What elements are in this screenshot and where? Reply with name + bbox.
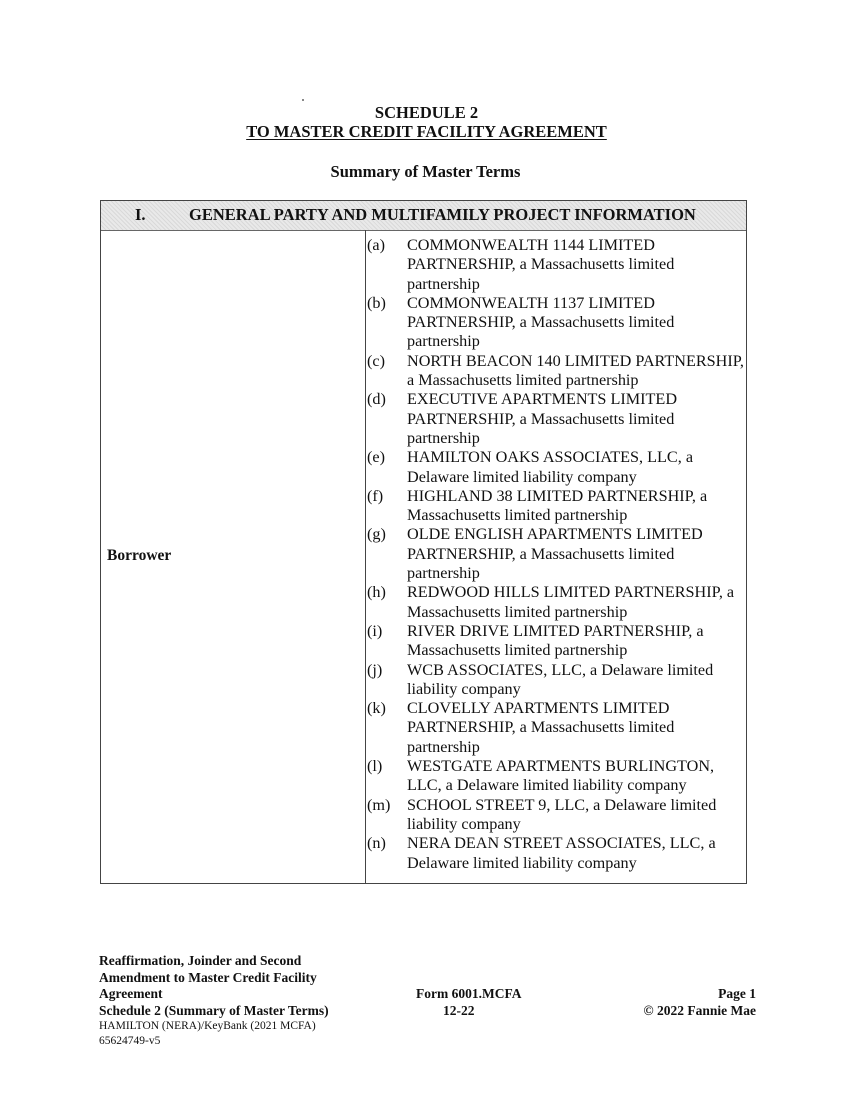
item-marker: (i)	[367, 622, 382, 641]
item-text: HIGHLAND 38 LIMITED PARTNERSHIP, a Massa…	[407, 487, 707, 524]
document-subtitle: Summary of Master Terms	[1, 162, 849, 182]
borrower-item: (f)HIGHLAND 38 LIMITED PARTNERSHIP, a Ma…	[367, 487, 747, 526]
item-text: WCB ASSOCIATES, LLC, a Delaware limited …	[407, 661, 713, 698]
item-marker: (g)	[367, 525, 386, 544]
schedule-title: SCHEDULE 2	[2, 103, 849, 123]
agreement-title-text: TO MASTER CREDIT FACILITY AGREEMENT	[246, 122, 607, 141]
footer-doc-id: 65624749-v5	[99, 1034, 329, 1049]
borrower-list: (a)COMMONWEALTH 1144 LIMITED PARTNERSHIP…	[367, 236, 747, 873]
item-text: COMMONWEALTH 1137 LIMITED PARTNERSHIP, a…	[407, 294, 674, 351]
borrower-item: (h)REDWOOD HILLS LIMITED PARTNERSHIP, a …	[367, 583, 747, 622]
item-marker: (e)	[367, 448, 385, 467]
scan-speck	[302, 99, 304, 101]
section-header: I. GENERAL PARTY AND MULTIFAMILY PROJECT…	[101, 201, 746, 231]
footer-form-date: 12-22	[416, 1003, 521, 1020]
item-marker: (l)	[367, 757, 382, 776]
item-text: CLOVELLY APARTMENTS LIMITED PARTNERSHIP,…	[407, 699, 674, 756]
footer-doc-title-1: Reaffirmation, Joinder and Second	[99, 953, 329, 970]
column-divider	[365, 230, 366, 883]
footer-deal-name: HAMILTON (NERA)/KeyBank (2021 MCFA)	[99, 1019, 329, 1034]
borrower-item: (d)EXECUTIVE APARTMENTS LIMITED PARTNERS…	[367, 390, 747, 448]
item-marker: (j)	[367, 661, 382, 680]
item-marker: (m)	[367, 796, 390, 815]
item-text: COMMONWEALTH 1144 LIMITED PARTNERSHIP, a…	[407, 236, 674, 293]
borrower-item: (a)COMMONWEALTH 1144 LIMITED PARTNERSHIP…	[367, 236, 747, 294]
footer-page-number: Page 1	[644, 986, 756, 1003]
item-text: EXECUTIVE APARTMENTS LIMITED PARTNERSHIP…	[407, 390, 677, 447]
item-marker: (d)	[367, 390, 386, 409]
item-marker: (c)	[367, 352, 385, 371]
borrower-item: (j)WCB ASSOCIATES, LLC, a Delaware limit…	[367, 661, 747, 700]
item-text: NERA DEAN STREET ASSOCIATES, LLC, a Dela…	[407, 834, 716, 871]
borrower-item: (b)COMMONWEALTH 1137 LIMITED PARTNERSHIP…	[367, 294, 747, 352]
borrower-label: Borrower	[107, 547, 171, 565]
footer-doc-title-2: Amendment to Master Credit Facility	[99, 970, 329, 987]
borrower-item: (e)HAMILTON OAKS ASSOCIATES, LLC, a Dela…	[367, 448, 747, 487]
item-marker: (n)	[367, 834, 386, 853]
footer-form-number: Form 6001.MCFA	[416, 986, 521, 1003]
item-text: OLDE ENGLISH APARTMENTS LIMITED PARTNERS…	[407, 525, 703, 582]
borrower-item: (l)WESTGATE APARTMENTS BURLINGTON, LLC, …	[367, 757, 747, 796]
master-terms-table: I. GENERAL PARTY AND MULTIFAMILY PROJECT…	[100, 200, 747, 884]
footer-right: Page 1 © 2022 Fannie Mae	[644, 986, 756, 1019]
footer-left: Reaffirmation, Joinder and Second Amendm…	[99, 953, 329, 1049]
footer-doc-title-3: Agreement	[99, 986, 329, 1003]
agreement-title: TO MASTER CREDIT FACILITY AGREEMENT	[2, 122, 849, 142]
item-text: NORTH BEACON 140 LIMITED PARTNERSHIP, a …	[407, 352, 744, 389]
item-text: RIVER DRIVE LIMITED PARTNERSHIP, a Massa…	[407, 622, 704, 659]
item-text: REDWOOD HILLS LIMITED PARTNERSHIP, a Mas…	[407, 583, 734, 620]
item-marker: (f)	[367, 487, 383, 506]
borrower-item: (n)NERA DEAN STREET ASSOCIATES, LLC, a D…	[367, 834, 747, 873]
borrower-item: (g)OLDE ENGLISH APARTMENTS LIMITED PARTN…	[367, 525, 747, 583]
section-title: GENERAL PARTY AND MULTIFAMILY PROJECT IN…	[189, 205, 696, 225]
borrower-item: (m)SCHOOL STREET 9, LLC, a Delaware limi…	[367, 796, 747, 835]
borrower-item: (i)RIVER DRIVE LIMITED PARTNERSHIP, a Ma…	[367, 622, 747, 661]
item-text: SCHOOL STREET 9, LLC, a Delaware limited…	[407, 796, 716, 833]
item-text: HAMILTON OAKS ASSOCIATES, LLC, a Delawar…	[407, 448, 693, 485]
footer-center: Form 6001.MCFA 12-22	[416, 986, 521, 1019]
item-marker: (k)	[367, 699, 386, 718]
item-marker: (h)	[367, 583, 386, 602]
item-marker: (b)	[367, 294, 386, 313]
footer-schedule: Schedule 2 (Summary of Master Terms)	[99, 1003, 329, 1020]
item-text: WESTGATE APARTMENTS BURLINGTON, LLC, a D…	[407, 757, 714, 794]
footer-copyright: © 2022 Fannie Mae	[644, 1003, 756, 1020]
borrower-item: (c)NORTH BEACON 140 LIMITED PARTNERSHIP,…	[367, 352, 747, 391]
item-marker: (a)	[367, 236, 385, 255]
borrower-item: (k)CLOVELLY APARTMENTS LIMITED PARTNERSH…	[367, 699, 747, 757]
section-number: I.	[135, 205, 146, 225]
